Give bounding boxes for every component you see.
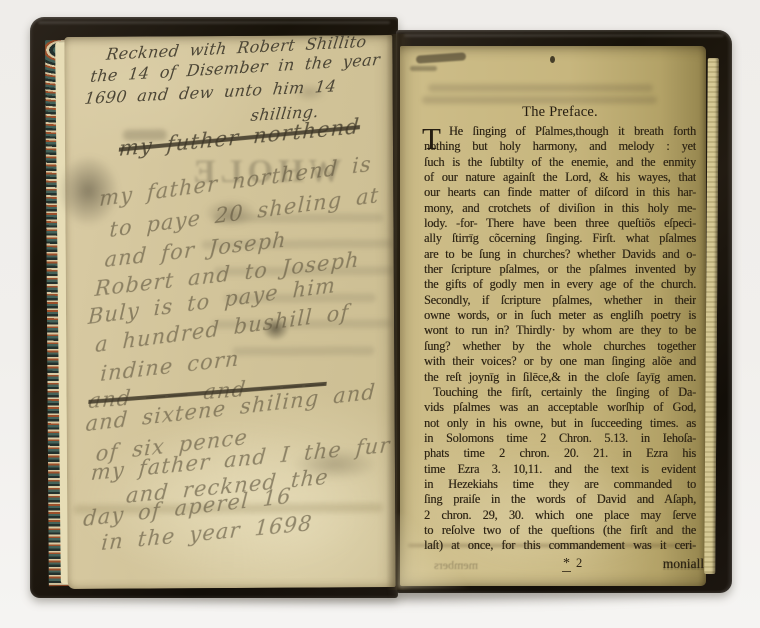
right-page: The Preface. T He ſinging of Pſalmes,tho… (400, 46, 706, 586)
page-title: The Preface. (424, 104, 696, 121)
showthrough-line (428, 84, 653, 92)
pline-4: of our nature againſt the Lord, & his wa… (424, 170, 696, 185)
pline-11: laſt) at once, for this commandement was… (424, 538, 696, 553)
pline-17: the reſt joynīg in ſilēce,& in the cloſe… (424, 370, 696, 385)
pline-3: ſuch is the ſubtilty of the enemie, and … (424, 155, 696, 170)
pline-1: Touching the firſt, certainly the ſingin… (424, 385, 696, 400)
catchword: moniall (663, 556, 704, 572)
pline-8: ſing praiſe in the words of David and Aſ… (424, 492, 696, 507)
pline-9: 2 chron. 29, 30. which one place may ſer… (424, 508, 696, 523)
pline-9: are to be ſung in churches? whether Davi… (424, 247, 696, 262)
ink-scribble (410, 66, 437, 71)
pline-6: time Ezra 3. 10,11. and the text is evid… (424, 462, 696, 477)
pline-16: with their voices? or by one man ſinging… (424, 354, 696, 369)
pline-14: wont to run in? Thirdly· by whom are the… (424, 323, 696, 338)
photo-background: WHOLE Reckned with Robert Shillitothe 14… (0, 0, 760, 628)
pline-12: Secondly, if ſcripture pſalmes, whether … (424, 293, 696, 308)
pline-10: ther ſcripture pſalmes, or the pſalmes i… (424, 262, 696, 277)
ink-spot (550, 56, 555, 63)
ink-scribble (416, 52, 466, 63)
showthrough-catchword: members (434, 558, 478, 573)
pline-10: to reſolve two of the queſtions (the fir… (424, 523, 696, 538)
pline-5: our hearts can finde matter of diſcord i… (424, 185, 696, 200)
pline-6: mony, and crotchets of diviſion in this … (424, 201, 696, 216)
pline-5: phats time 2 chron. 20. 21. in Ezra his (424, 446, 696, 461)
signature-mark: *2 (562, 556, 582, 572)
pline-11: the gifts of godly men in every age of t… (424, 277, 696, 292)
left-page: WHOLE Reckned with Robert Shillitothe 14… (64, 35, 395, 589)
pline-7: lody. -for- There have been three queſti… (424, 216, 696, 231)
pline-7: in Hezekiahs time they are commanded to (424, 477, 696, 492)
showthrough-line (232, 346, 374, 356)
pline-2: vids pſalmes was an acceptable worſhip o… (424, 400, 696, 415)
pline-3: not only in his owne, but in ſucceeding … (424, 416, 696, 431)
pline-13: owne words, or in ſuch meter as engliſh … (424, 308, 696, 323)
page-footer: members *2 moniall (424, 556, 696, 574)
paragraph-1: T He ſinging of Pſalmes,though it breath… (424, 124, 696, 385)
pline-4: in Solomons time 2 Chron. 5.13. in Iehoſ… (424, 431, 696, 446)
pline-15: ſung? whether by the whole churches toge… (424, 339, 696, 354)
signature-number: 2 (576, 556, 582, 570)
signature-star: * (562, 556, 571, 572)
pline-1: He ſinging of Pſalmes,though it breath f… (424, 124, 696, 139)
pline-2: nothing but holy harmony, and melody : y… (424, 139, 696, 154)
paragraph-2: Touching the firſt, certainly the ſingin… (424, 385, 696, 554)
drop-cap: T (422, 124, 441, 153)
printed-text-block: The Preface. T He ſinging of Pſalmes,tho… (424, 104, 696, 574)
showthrough-line (422, 96, 657, 104)
pline-8: ally ſtirrīg cõcerning ſinging. Firſt. w… (424, 231, 696, 246)
